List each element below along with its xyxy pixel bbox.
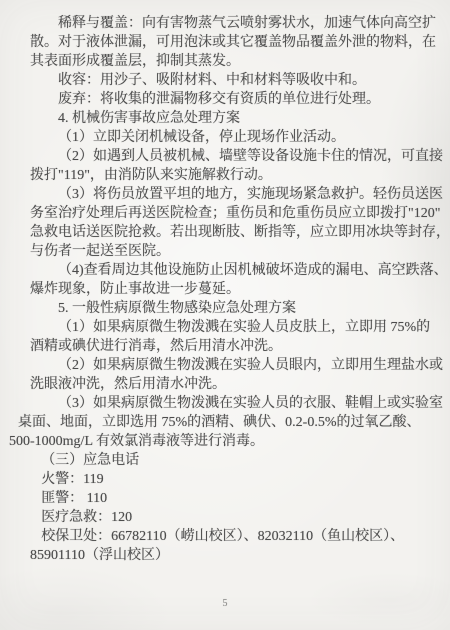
- text-line: 洗眼液冲洗，然后用清水冲洗。: [30, 375, 430, 394]
- text-line: 务室治疗处理后再送医院检查；重伤员和危重伤员应立即拨打"120": [30, 204, 430, 223]
- text-line: （3）如果病原微生物泼溅在实验人员的衣服、鞋帽上或实验室: [30, 394, 430, 413]
- section-heading-line: （三）应急电话: [30, 451, 430, 470]
- section-heading-line: 5. 一般性病原微生物感染应急处理方案: [30, 299, 430, 318]
- text-line: 桌面、地面，立即选用 75%的酒精、碘伏、0.2-0.5%的过氧乙酸、: [18, 413, 430, 432]
- text-line: 散。对于液体泄漏，可用泡沫或其它覆盖物品覆盖外泄的物料，在: [30, 33, 430, 52]
- page-number: 5: [0, 598, 450, 610]
- scanned-document-page: 稀释与覆盖：向有害物蒸气云喷射雾状水，加速气体向高空扩 散。对于液体泄漏，可用泡…: [0, 0, 450, 630]
- text-line: 爆炸现象，防止事故进一步蔓延。: [30, 280, 430, 299]
- emergency-phone-line: 校保卫处：66782110（崂山校区）、82032110（鱼山校区）、: [30, 527, 430, 546]
- emergency-phone-line: 85901110（浮山校区）: [30, 546, 430, 565]
- text-line: （2）如遇到人员被机械、墙壁等设备设施卡住的情况，可直接: [30, 147, 430, 166]
- text-line: （1）如果病原微生物泼溅在实验人员皮肤上，立即用 75%的: [30, 318, 430, 337]
- text-line: 收容：用沙子、吸附材料、中和材料等吸收中和。: [30, 71, 430, 90]
- text-line: （1）立即关闭机械设备，停止现场作业活动。: [30, 128, 430, 147]
- text-line: （4)查看周边其他设施防止因机械破坏造成的漏电、高空跌落、: [30, 261, 430, 280]
- text-line: （3）将伤员放置平坦的地方，实施现场紧急救护。轻伤员送医: [30, 185, 430, 204]
- text-line: 拨打"119"，由消防队来实施解救行动。: [30, 166, 430, 185]
- text-line: （2）如果病原微生物泼溅在实验人员眼内，立即用生理盐水或: [30, 356, 430, 375]
- text-line: 酒精或碘伏进行消毒，然后用清水冲洗。: [30, 337, 430, 356]
- text-line: 稀释与覆盖：向有害物蒸气云喷射雾状水，加速气体向高空扩: [30, 14, 430, 33]
- text-line: 500-1000mg/L 有效氯消毒液等进行消毒。: [9, 432, 430, 451]
- section-heading-line: 4. 机械伤害事故应急处理方案: [30, 109, 430, 128]
- emergency-phone-line: 匪警： 110: [30, 489, 430, 508]
- emergency-phone-line: 火警：119: [30, 470, 430, 489]
- text-line: 急救电话送医院抢救。若出现断肢、断指等，应立即用冰块等封存，: [30, 223, 430, 242]
- text-line: 废弃：将收集的泄漏物移交有资质的单位进行处理。: [30, 90, 430, 109]
- text-line: 与伤者一起送至医院。: [30, 242, 430, 261]
- emergency-phone-line: 医疗急救：120: [30, 508, 430, 527]
- document-body: 稀释与覆盖：向有害物蒸气云喷射雾状水，加速气体向高空扩 散。对于液体泄漏，可用泡…: [30, 14, 430, 565]
- text-line: 其表面形成覆盖层，抑制其蒸发。: [30, 52, 430, 71]
